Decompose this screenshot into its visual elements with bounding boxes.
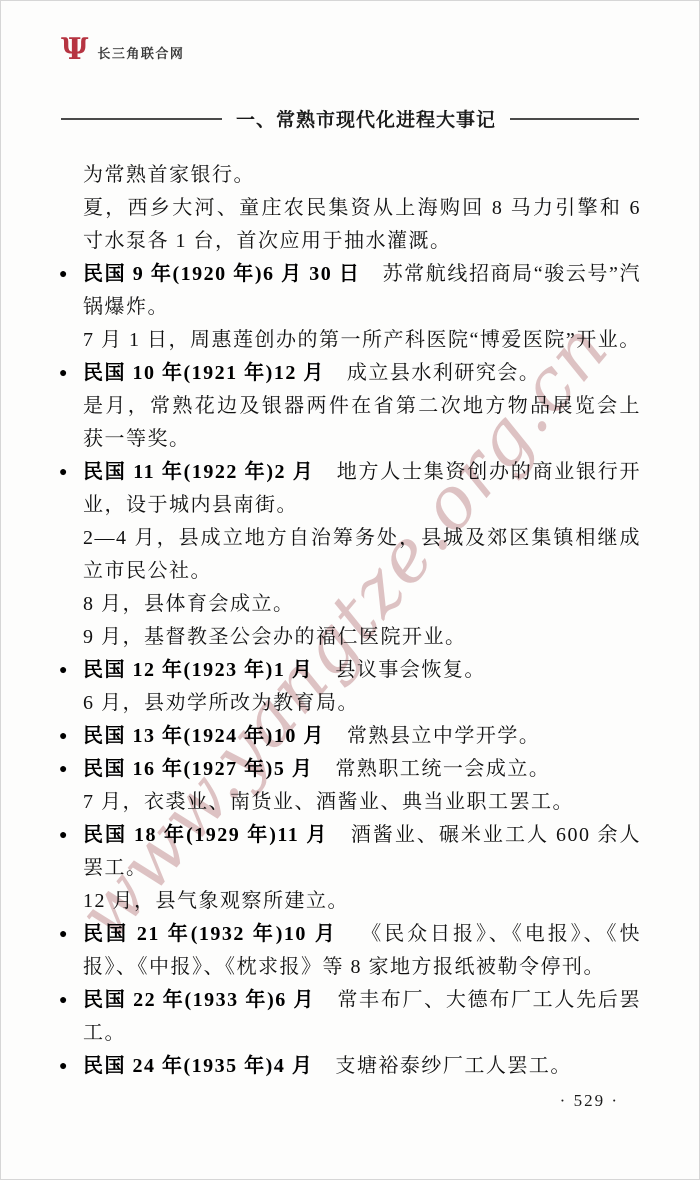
entry-date: 民国 13 年(1924 年)10 月 [83, 725, 325, 747]
entry-text: 12 月，县气象观察所建立。 [83, 890, 349, 912]
paragraph: 7 月 1 日，周惠莲创办的第一所产科医院“博爱医院”开业。 [59, 324, 641, 357]
paragraph: 2—4 月，县成立地方自治筹务处，县城及郊区集镇相继成立市民公社。 [59, 522, 641, 588]
entry-text: 8 月，县体育会成立。 [83, 593, 295, 615]
entry-text: 6 月，县劝学所改为教育局。 [83, 692, 359, 714]
entry-text: 支塘裕泰纱厂工人罢工。 [335, 1055, 572, 1077]
header-rule-left [61, 118, 222, 120]
event-entry: ●民国 10 年(1921 年)12 月成立县水利研究会。 [59, 357, 641, 390]
bullet-icon: ● [59, 984, 67, 1017]
event-entry: ●民国 12 年(1923 年)1 月县议事会恢复。 [59, 654, 641, 687]
entry-text: 常熟县立中学开学。 [347, 725, 541, 747]
bullet-icon: ● [59, 654, 67, 687]
entry-date: 民国 24 年(1935 年)4 月 [83, 1055, 313, 1077]
bullet-icon: ● [59, 357, 67, 390]
entry-date: 民国 21 年(1932 年)10 月 [83, 923, 338, 945]
yangtze-logo-icon: Ψ [61, 35, 88, 65]
event-entry: ●民国 16 年(1927 年)5 月常熟职工统一会成立。 [59, 753, 641, 786]
entry-text: 县议事会恢复。 [335, 659, 486, 681]
logo-site-name: 长三角联合网 [97, 39, 184, 62]
paragraph: 8 月，县体育会成立。 [59, 588, 641, 621]
event-entry: ●民国 11 年(1922 年)2 月地方人士集资创办的商业银行开业，设于城内县… [59, 456, 641, 522]
entry-text: 常熟职工统一会成立。 [335, 758, 550, 780]
entry-date: 民国 22 年(1933 年)6 月 [83, 989, 315, 1011]
entry-text: 9 月，基督教圣公会办的福仁医院开业。 [83, 626, 467, 648]
bullet-icon: ● [59, 258, 67, 291]
paragraph: 9 月，基督教圣公会办的福仁医院开业。 [59, 621, 641, 654]
bullet-icon: ● [59, 1050, 67, 1083]
event-entry: ●民国 21 年(1932 年)10 月《民众日报》、《电报》、《快报》、《中报… [59, 918, 641, 984]
bullet-icon: ● [59, 456, 67, 489]
header-rule-right [510, 118, 639, 120]
body-text: 为常熟首家银行。夏，西乡大河、童庄农民集资从上海购回 8 马力引擎和 6 寸水泵… [59, 159, 641, 1083]
chapter-title: 一、常熟市现代化进程大事记 [236, 105, 496, 132]
paragraph: 12 月，县气象观察所建立。 [59, 885, 641, 918]
event-entry: ●民国 24 年(1935 年)4 月支塘裕泰纱厂工人罢工。 [59, 1050, 641, 1083]
entry-date: 民国 10 年(1921 年)12 月 [83, 362, 325, 384]
entry-text: 是月，常熟花边及银器两件在省第二次地方物品展览会上获一等奖。 [83, 395, 641, 450]
event-entry: ●民国 22 年(1933 年)6 月常丰布厂、大德布厂工人先后罢工。 [59, 984, 641, 1050]
entry-text: 为常熟首家银行。 [83, 164, 255, 186]
paragraph: 为常熟首家银行。 [59, 159, 641, 192]
site-logo: Ψ 长三角联合网 [61, 35, 184, 65]
bullet-icon: ● [59, 720, 67, 753]
entry-date: 民国 12 年(1923 年)1 月 [83, 659, 313, 681]
paragraph: 夏，西乡大河、童庄农民集资从上海购回 8 马力引擎和 6 寸水泵各 1 台，首次… [59, 192, 641, 258]
bullet-icon: ● [59, 753, 67, 786]
entry-date: 民国 16 年(1927 年)5 月 [83, 758, 313, 780]
bullet-icon: ● [59, 918, 67, 951]
entry-text: 7 月 1 日，周惠莲创办的第一所产科医院“博爱医院”开业。 [83, 329, 641, 351]
paragraph: 7 月，衣裘业、南货业、酒酱业、典当业职工罢工。 [59, 786, 641, 819]
page-number: · 529 · [560, 1091, 619, 1111]
event-entry: ●民国 13 年(1924 年)10 月常熟县立中学开学。 [59, 720, 641, 753]
entry-date: 民国 18 年(1929 年)11 月 [83, 824, 328, 846]
paragraph: 是月，常熟花边及银器两件在省第二次地方物品展览会上获一等奖。 [59, 390, 641, 456]
scanned-document-page: Ψ 长三角联合网 一、常熟市现代化进程大事记 为常熟首家银行。夏，西乡大河、童庄… [0, 0, 700, 1180]
entry-text: 夏，西乡大河、童庄农民集资从上海购回 8 马力引擎和 6 寸水泵各 1 台，首次… [83, 197, 641, 252]
event-entry: ●民国 9 年(1920 年)6 月 30 日苏常航线招商局“骏云号”汽锅爆炸。 [59, 258, 641, 324]
paragraph: 6 月，县劝学所改为教育局。 [59, 687, 641, 720]
entry-text: 7 月，衣裘业、南货业、酒酱业、典当业职工罢工。 [83, 791, 574, 813]
bullet-icon: ● [59, 819, 67, 852]
entry-date: 民国 9 年(1920 年)6 月 30 日 [83, 263, 360, 285]
event-entry: ●民国 18 年(1929 年)11 月酒酱业、碾米业工人 600 余人罢工。 [59, 819, 641, 885]
entry-text: 2—4 月，县成立地方自治筹务处，县城及郊区集镇相继成立市民公社。 [83, 527, 641, 582]
entry-text: 成立县水利研究会。 [347, 362, 541, 384]
chapter-header: 一、常熟市现代化进程大事记 [61, 105, 639, 132]
entry-date: 民国 11 年(1922 年)2 月 [83, 461, 314, 483]
